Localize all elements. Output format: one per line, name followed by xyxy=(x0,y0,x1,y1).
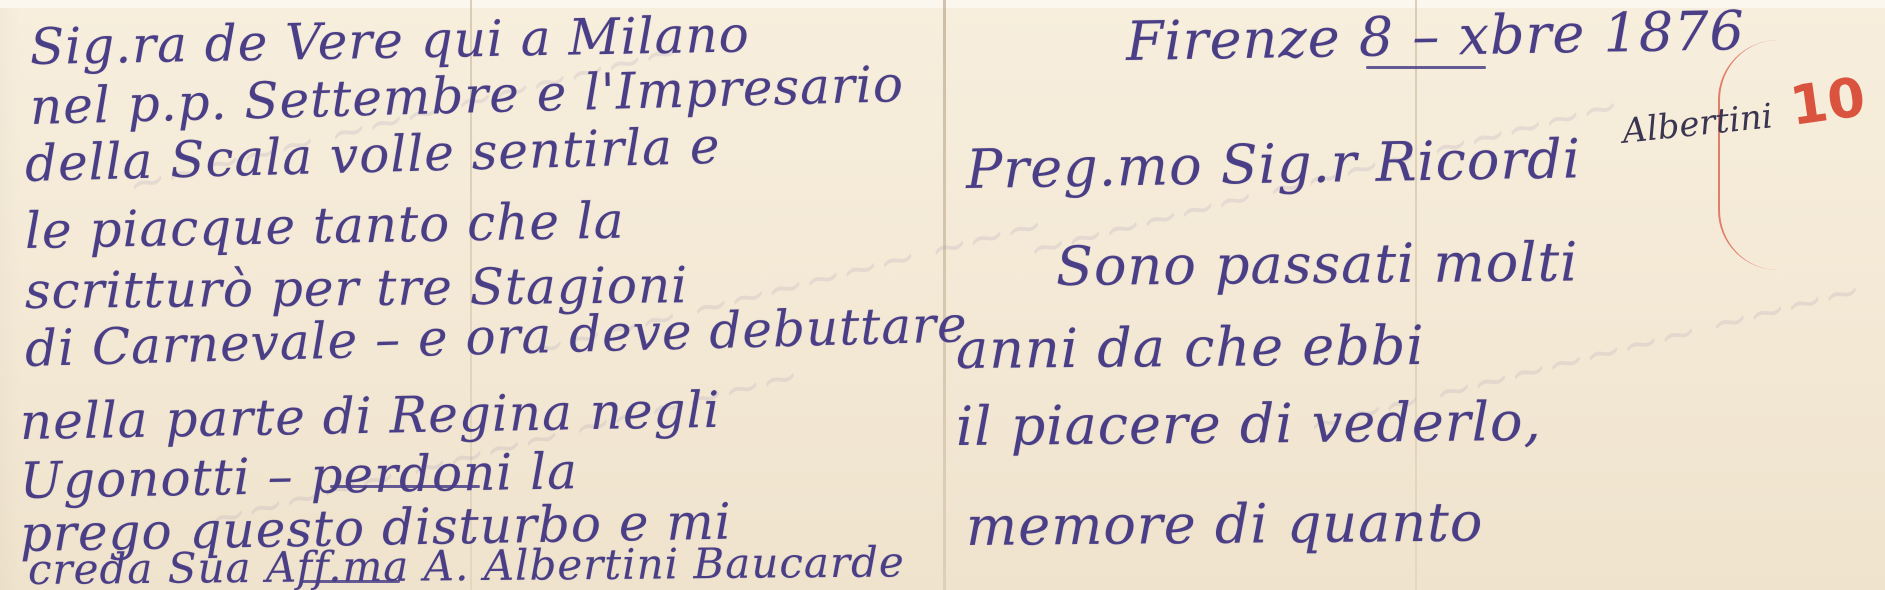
letter-line: memore di quanto xyxy=(966,490,1484,558)
letter-line: anni da che ebbi xyxy=(956,314,1425,381)
letter-line: nella parte di Regina negli xyxy=(19,381,720,451)
letter-place-date: Firenze 8 – xbre 1876 xyxy=(1125,0,1745,73)
ink-underline xyxy=(300,580,400,583)
letter-line: il piacere di vederlo, xyxy=(956,390,1542,458)
red-archive-number: 10 xyxy=(1786,65,1869,138)
left-page: Sig.ra de Vere qui a Milano nel p.p. Set… xyxy=(0,0,943,590)
letter-salutation: Preg.mo Sig.r Ricordi xyxy=(965,127,1581,201)
letter-signature-line: creda Sua Aff.ma A. Albertini Baucarde xyxy=(28,537,905,590)
letter-sheet: ~~~~~ ~~~ ~~~~~~ ~~~~ ~~~~~~ ~~~ ~~~~~~ … xyxy=(0,0,1885,590)
letter-line: le piacque tanto che la xyxy=(24,192,625,260)
ink-underline xyxy=(330,485,480,488)
letter-line: Sono passati molti xyxy=(1056,230,1579,298)
ink-underline xyxy=(1366,66,1486,69)
